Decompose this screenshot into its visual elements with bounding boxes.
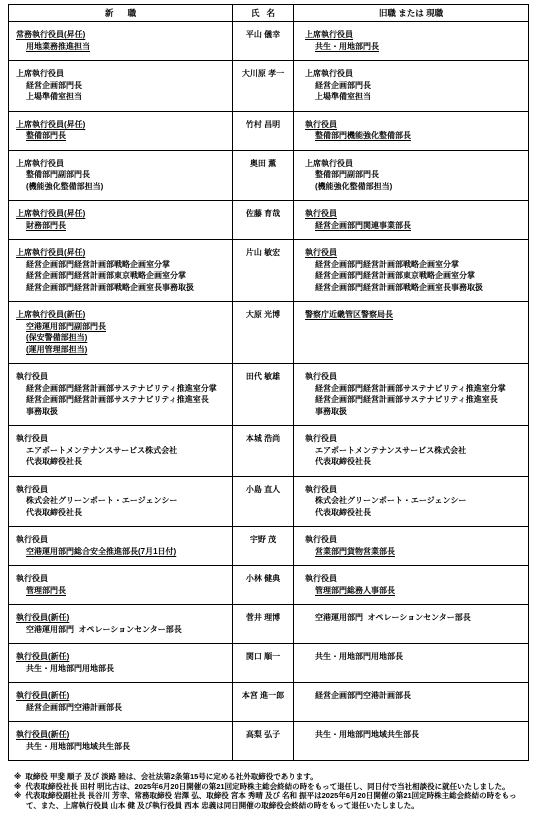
name-cell: 本宮 進一郎	[233, 683, 294, 722]
position-line: 用地業務推進担当	[16, 41, 229, 53]
footnote-marker: ※	[14, 782, 23, 791]
position-line: 代表取締役社長	[16, 456, 229, 468]
position-line: 経営企画部門経営計画部東京戦略企画室分掌	[16, 270, 229, 282]
position-line: 執行役員	[16, 534, 229, 546]
new-position-cell: 執行役員株式会社グリーンポート・エージェンシー代表取締役社長	[9, 476, 233, 527]
position-line: 上席執行役員	[305, 68, 525, 80]
old-position-cell: 上席執行役員経営企画部門長上場準備室担当	[294, 61, 529, 112]
footnote-marker: ※	[14, 772, 23, 781]
table-row: 上席執行役員(昇任)財務部門長佐藤 育哉執行役員経営企画部門関連事業部長	[9, 201, 529, 240]
header-old-position: 旧職 または 現職	[294, 5, 529, 22]
position-line: 共生・用地部門用地部長	[16, 663, 229, 675]
old-position-cell: 執行役員営業部門貨物営業部長	[294, 527, 529, 566]
position-line: 空港運用部門副部門長	[16, 321, 229, 333]
old-position-cell: 上席執行役員共生・用地部門長	[294, 22, 529, 61]
position-line: 経営企画部門経営計画部サステナビリティ推進室分掌	[305, 383, 525, 395]
position-line: 上場準備室担当	[16, 91, 229, 103]
name-cell: 竹村 昌明	[233, 111, 294, 150]
name-cell: 奥田 薫	[233, 150, 294, 201]
position-line: 執行役員	[305, 247, 525, 259]
table-row: 上席執行役員経営企画部門長上場準備室担当大川原 孝一上席執行役員経営企画部門長上…	[9, 61, 529, 112]
name-cell: 関口 順一	[233, 644, 294, 683]
name-cell: 本城 浩尚	[233, 426, 294, 477]
position-line: 共生・用地部門地域共生部長	[305, 729, 525, 741]
old-position-cell: 共生・用地部門地域共生部長	[294, 722, 529, 761]
old-position-cell: 空港運用部門 オペレーションセンター部長	[294, 605, 529, 644]
position-line: 経営企画部門長	[16, 80, 229, 92]
position-line: 執行役員(新任)	[16, 690, 229, 702]
name-cell: 小林 健典	[233, 566, 294, 605]
old-position-cell: 執行役員株式会社グリーンポート・エージェンシー代表取締役社長	[294, 476, 529, 527]
position-line: (機能強化整備部担当)	[16, 181, 229, 193]
position-line: 経営企画部門経営計画部戦略企画室長事務取扱	[305, 282, 525, 294]
position-line: 常務執行役員(昇任)	[16, 29, 229, 41]
position-line: 執行役員(新任)	[16, 651, 229, 663]
position-line: 上席執行役員	[305, 158, 525, 170]
position-line: エアポートメンテナンスサービス株式会社	[16, 445, 229, 457]
position-line: 執行役員	[305, 484, 525, 496]
footnote-item: ※ 取締役 甲斐 順子 及び 淡路 睦は、会社法第2条第15号に定める社外取締役…	[14, 772, 528, 782]
position-line: 執行役員	[305, 371, 525, 383]
position-line: 代表取締役社長	[16, 507, 229, 519]
name-cell: 大川原 孝一	[233, 61, 294, 112]
position-line: 上席執行役員	[305, 29, 525, 41]
table-row: 執行役員株式会社グリーンポート・エージェンシー代表取締役社長小島 直人執行役員株…	[9, 476, 529, 527]
position-line: 上席執行役員	[16, 158, 229, 170]
header-row: 新 職 氏 名 旧職 または 現職	[9, 5, 529, 22]
new-position-cell: 執行役員経営企画部門経営計画部サステナビリティ推進室分掌経営企画部門経営計画部サ…	[9, 364, 233, 426]
name-cell: 大原 光博	[233, 302, 294, 364]
position-line: 執行役員	[16, 573, 229, 585]
new-position-cell: 執行役員エアポートメンテナンスサービス株式会社代表取締役社長	[9, 426, 233, 477]
name-cell: 片山 敏宏	[233, 240, 294, 302]
old-position-cell: 警察庁近畿管区警察局長	[294, 302, 529, 364]
position-line: 上場準備室担当	[305, 91, 525, 103]
name-cell: 小島 直人	[233, 476, 294, 527]
appointments-table: 新 職 氏 名 旧職 または 現職 常務執行役員(昇任)用地業務推進担当平山 儀…	[8, 4, 529, 761]
position-line: 事務取扱	[305, 406, 525, 418]
position-line: 執行役員	[305, 534, 525, 546]
table-row: 執行役員空港運用部門総合安全推進部長(7月1日付)宇野 茂執行役員営業部門貨物営…	[9, 527, 529, 566]
position-line: 管理部門長	[16, 585, 229, 597]
table-body: 常務執行役員(昇任)用地業務推進担当平山 儀幸上席執行役員共生・用地部門長上席執…	[9, 22, 529, 761]
position-line: 上席執行役員	[16, 68, 229, 80]
position-line: 代表取締役社長	[305, 456, 525, 468]
position-line: 経営企画部門経営計画部戦略企画室分掌	[16, 259, 229, 271]
position-line: 経営企画部門関連事業部長	[305, 220, 525, 232]
position-line: (運用管理部担当)	[16, 344, 229, 356]
position-line: 上席執行役員(新任)	[16, 309, 229, 321]
header-name: 氏 名	[233, 5, 294, 22]
position-line: 事務取扱	[16, 406, 229, 418]
position-line: 株式会社グリーンポート・エージェンシー	[305, 495, 525, 507]
table-row: 常務執行役員(昇任)用地業務推進担当平山 儀幸上席執行役員共生・用地部門長	[9, 22, 529, 61]
position-line: 警察庁近畿管区警察局長	[305, 309, 525, 321]
position-line: 経営企画部門空港計画部長	[16, 702, 229, 714]
new-position-cell: 上席執行役員経営企画部門長上場準備室担当	[9, 61, 233, 112]
position-line: 空港運用部門総合安全推進部長(7月1日付)	[16, 546, 229, 558]
name-cell: 平山 儀幸	[233, 22, 294, 61]
new-position-cell: 執行役員管理部門長	[9, 566, 233, 605]
old-position-cell: 執行役員経営企画部門関連事業部長	[294, 201, 529, 240]
old-position-cell: 執行役員経営企画部門経営計画部サステナビリティ推進室分掌経営企画部門経営計画部サ…	[294, 364, 529, 426]
position-line: 執行役員(新任)	[16, 729, 229, 741]
new-position-cell: 執行役員(新任)空港運用部門 オペレーションセンター部長	[9, 605, 233, 644]
header-new-position: 新 職	[9, 5, 233, 22]
position-line: 経営企画部門経営計画部戦略企画室分掌	[305, 259, 525, 271]
new-position-cell: 上席執行役員(昇任)整備部門長	[9, 111, 233, 150]
footnote-item: ※ 代表取締役副社長 長谷川 芳幸、常務取締役 岩澤 弘、取締役 宮本 秀晴 及…	[14, 791, 528, 810]
position-line: 執行役員	[16, 371, 229, 383]
table-row: 執行役員経営企画部門経営計画部サステナビリティ推進室分掌経営企画部門経営計画部サ…	[9, 364, 529, 426]
table-row: 執行役員管理部門長小林 健典執行役員管理部門総務人事部長	[9, 566, 529, 605]
position-line: 執行役員	[16, 484, 229, 496]
table-row: 上席執行役員(昇任)整備部門長竹村 昌明執行役員整備部門機能強化整備部長	[9, 111, 529, 150]
position-line: 経営企画部門経営計画部戦略企画室長事務取扱	[16, 282, 229, 294]
new-position-cell: 執行役員(新任)経営企画部門空港計画部長	[9, 683, 233, 722]
table-row: 執行役員(新任)共生・用地部門地域共生部長高梨 弘子共生・用地部門地域共生部長	[9, 722, 529, 761]
personnel-announcement-document: 新 職 氏 名 旧職 または 現職 常務執行役員(昇任)用地業務推進担当平山 儀…	[0, 0, 536, 811]
position-line: 整備部門副部門長	[305, 169, 525, 181]
position-line: 管理部門総務人事部長	[305, 585, 525, 597]
footnote-item: ※ 代表取締役社長 田村 明比古は、2025年6月20日開催の第21回定時株主総…	[14, 782, 528, 792]
new-position-cell: 執行役員(新任)共生・用地部門地域共生部長	[9, 722, 233, 761]
position-line: 上席執行役員(昇任)	[16, 208, 229, 220]
old-position-cell: 執行役員経営企画部門経営計画部戦略企画室分掌経営企画部門経営計画部東京戦略企画室…	[294, 240, 529, 302]
position-line: 空港運用部門 オペレーションセンター部長	[305, 612, 525, 624]
old-position-cell: 執行役員エアポートメンテナンスサービス株式会社代表取締役社長	[294, 426, 529, 477]
position-line: 経営企画部門長	[305, 80, 525, 92]
name-cell: 菅井 理博	[233, 605, 294, 644]
table-row: 執行役員(新任)経営企画部門空港計画部長本宮 進一郎経営企画部門空港計画部長	[9, 683, 529, 722]
position-line: 執行役員	[305, 433, 525, 445]
position-line: 共生・用地部門地域共生部長	[16, 741, 229, 753]
position-line: 財務部門長	[16, 220, 229, 232]
position-line: 共生・用地部門用地部長	[305, 651, 525, 663]
position-line: 執行役員	[305, 573, 525, 585]
new-position-cell: 常務執行役員(昇任)用地業務推進担当	[9, 22, 233, 61]
old-position-cell: 共生・用地部門用地部長	[294, 644, 529, 683]
position-line: 整備部門副部門長	[16, 169, 229, 181]
new-position-cell: 上席執行役員(昇任)経営企画部門経営計画部戦略企画室分掌経営企画部門経営計画部東…	[9, 240, 233, 302]
name-cell: 佐藤 育哉	[233, 201, 294, 240]
position-line: 上席執行役員(昇任)	[16, 247, 229, 259]
position-line: 代表取締役社長	[305, 507, 525, 519]
table-row: 上席執行役員整備部門副部門長(機能強化整備部担当)奥田 薫上席執行役員整備部門副…	[9, 150, 529, 201]
table-row: 執行役員(新任)共生・用地部門用地部長関口 順一共生・用地部門用地部長	[9, 644, 529, 683]
new-position-cell: 上席執行役員(昇任)財務部門長	[9, 201, 233, 240]
position-line: 執行役員	[305, 119, 525, 131]
table-row: 上席執行役員(昇任)経営企画部門経営計画部戦略企画室分掌経営企画部門経営計画部東…	[9, 240, 529, 302]
position-line: 執行役員	[16, 433, 229, 445]
footnote-marker: ※	[14, 791, 23, 800]
position-line: 執行役員(新任)	[16, 612, 229, 624]
old-position-cell: 執行役員管理部門総務人事部長	[294, 566, 529, 605]
name-cell: 高梨 弘子	[233, 722, 294, 761]
position-line: 経営企画部門経営計画部サステナビリティ推進室長	[305, 394, 525, 406]
old-position-cell: 執行役員整備部門機能強化整備部長	[294, 111, 529, 150]
position-line: 上席執行役員(昇任)	[16, 119, 229, 131]
position-line: 共生・用地部門長	[305, 41, 525, 53]
table-row: 執行役員(新任)空港運用部門 オペレーションセンター部長菅井 理博空港運用部門 …	[9, 605, 529, 644]
new-position-cell: 執行役員(新任)共生・用地部門用地部長	[9, 644, 233, 683]
name-cell: 田代 敏雄	[233, 364, 294, 426]
position-line: エアポートメンテナンスサービス株式会社	[305, 445, 525, 457]
position-line: 整備部門長	[16, 130, 229, 142]
old-position-cell: 経営企画部門空港計画部長	[294, 683, 529, 722]
position-line: 経営企画部門経営計画部サステナビリティ推進室長	[16, 394, 229, 406]
position-line: (保安警備部担当)	[16, 332, 229, 344]
table-row: 上席執行役員(新任)空港運用部門副部門長(保安警備部担当)(運用管理部担当)大原…	[9, 302, 529, 364]
old-position-cell: 上席執行役員整備部門副部門長(機能強化整備部担当)	[294, 150, 529, 201]
position-line: 経営企画部門経営計画部東京戦略企画室分掌	[305, 270, 525, 282]
table-row: 執行役員エアポートメンテナンスサービス株式会社代表取締役社長本城 浩尚執行役員エ…	[9, 426, 529, 477]
position-line: 経営企画部門経営計画部サステナビリティ推進室分掌	[16, 383, 229, 395]
new-position-cell: 執行役員空港運用部門総合安全推進部長(7月1日付)	[9, 527, 233, 566]
position-line: 営業部門貨物営業部長	[305, 546, 525, 558]
position-line: 整備部門機能強化整備部長	[305, 130, 525, 142]
new-position-cell: 上席執行役員整備部門副部門長(機能強化整備部担当)	[9, 150, 233, 201]
position-line: 株式会社グリーンポート・エージェンシー	[16, 495, 229, 507]
position-line: 経営企画部門空港計画部長	[305, 690, 525, 702]
footnotes: ※ 取締役 甲斐 順子 及び 淡路 睦は、会社法第2条第15号に定める社外取締役…	[8, 772, 528, 811]
position-line: (機能強化整備部担当)	[305, 181, 525, 193]
name-cell: 宇野 茂	[233, 527, 294, 566]
position-line: 執行役員	[305, 208, 525, 220]
position-line: 空港運用部門 オペレーションセンター部長	[16, 624, 229, 636]
new-position-cell: 上席執行役員(新任)空港運用部門副部門長(保安警備部担当)(運用管理部担当)	[9, 302, 233, 364]
